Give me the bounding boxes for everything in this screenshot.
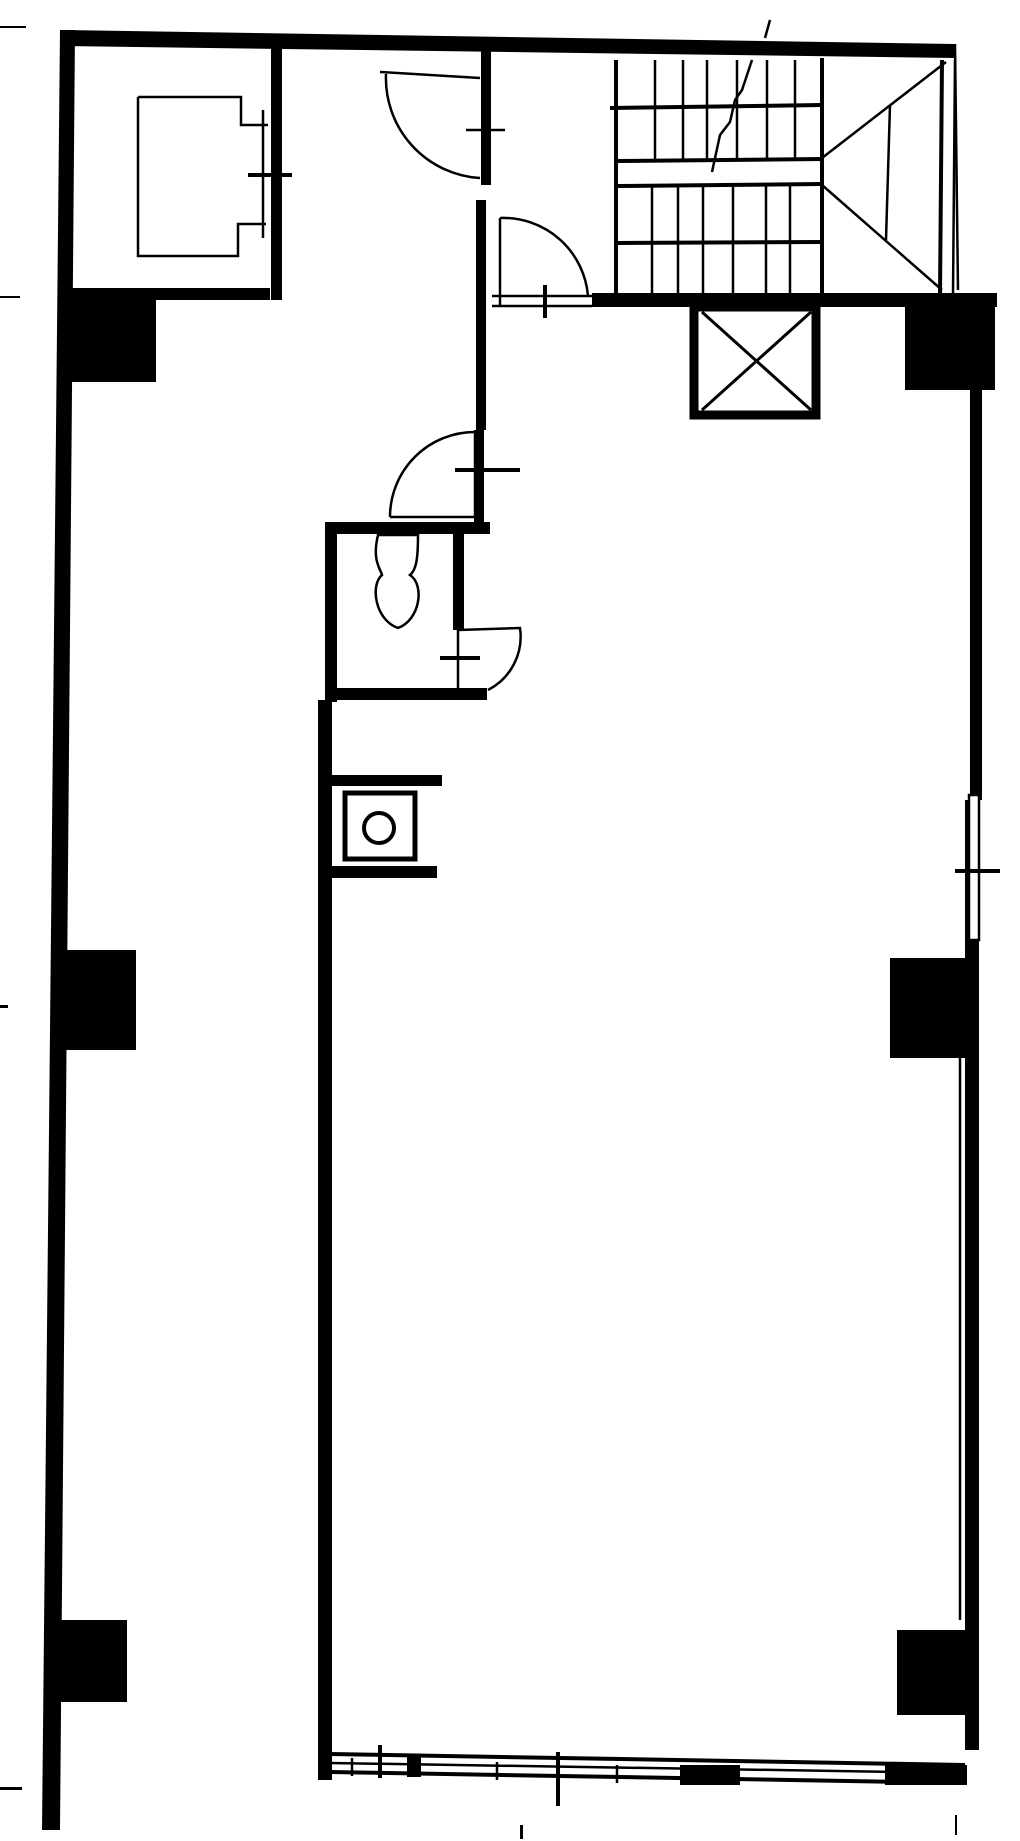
column <box>52 950 136 1050</box>
stairwell <box>492 20 997 318</box>
column <box>45 1620 127 1702</box>
column <box>905 295 995 390</box>
guide-line <box>955 44 958 290</box>
washing-machine <box>332 775 442 878</box>
window-bottom <box>330 1745 967 1806</box>
column <box>890 958 978 1058</box>
toilet-room <box>325 522 521 702</box>
door <box>390 432 520 517</box>
partition-walls <box>380 50 505 530</box>
closet-room <box>60 48 292 382</box>
column <box>897 1630 969 1715</box>
floor-plan <box>0 0 1020 1841</box>
elevator-shaft <box>694 307 816 415</box>
main-left-wall <box>318 700 332 1780</box>
